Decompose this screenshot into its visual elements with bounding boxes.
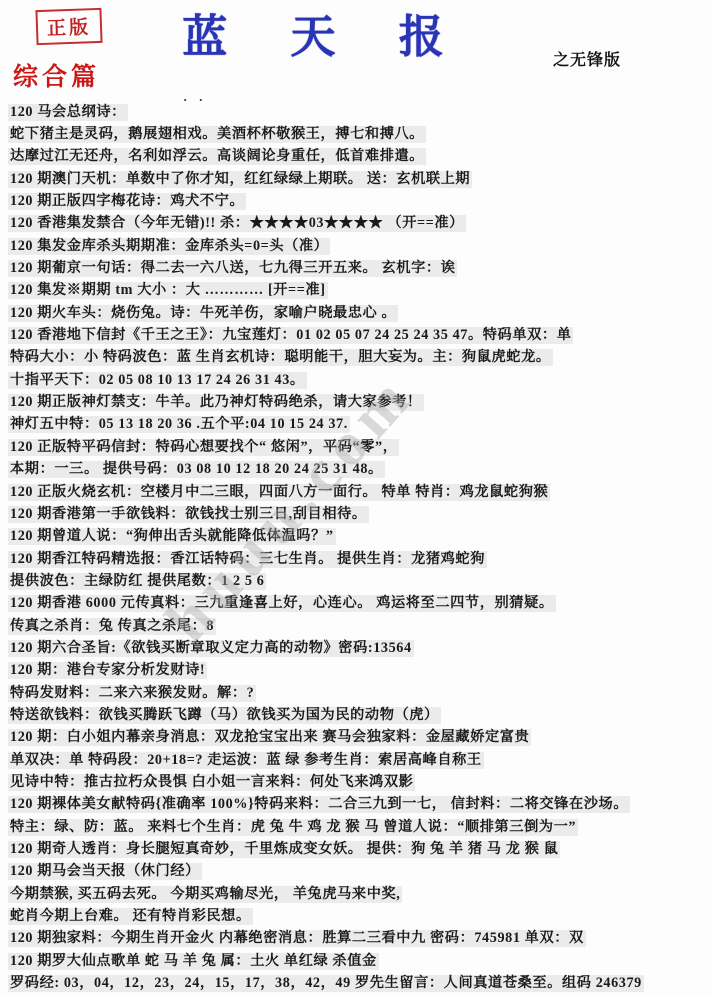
report-line-text: 120 期正版四字梅花诗：鸡犬不宁。 bbox=[8, 193, 246, 210]
report-line-text: 120 期奇人透肖：身长腿短真奇妙，千里炼成变女妖。 提供：狗 兔 羊 猪 马 … bbox=[8, 841, 560, 858]
report-line: 120 期澳门天机：单数中了你才知，红红绿绿上期联。 送：玄机联上期 bbox=[8, 168, 710, 190]
report-line-text: 120 期香港 6000 元传真料：三九重逢喜上好，心连心。 鸡运将至二四节，别… bbox=[8, 595, 556, 612]
edition-label: 之无锋版 bbox=[553, 47, 621, 70]
report-line-text: 120 正版特平码信封：特码心想要找个“ 悠闲”，平码“零”， bbox=[8, 439, 399, 456]
report-line: 本期：一三。 提供号码：03 08 10 12 18 20 24 25 31 4… bbox=[8, 459, 710, 481]
report-line: 120 期马会当天报（休门经） bbox=[8, 861, 710, 883]
report-line: 120 期正版神灯禁支：牛羊。此乃神灯特码绝杀，请大家参考！ bbox=[8, 391, 710, 413]
report-line: 特主：绿、防：蓝。 来料七个生肖：虎 兔 牛 鸡 龙 猴 马 曾道人说：“顺排第… bbox=[8, 816, 710, 838]
report-line-text: 十指平天下：02 05 08 10 13 17 24 26 31 43。 bbox=[8, 372, 307, 389]
report-line-text: 120 期正版神灯禁支：牛羊。此乃神灯特码绝杀，请大家参考！ bbox=[8, 394, 424, 411]
report-line: 特码发财料：二来六来猴发财。解：? bbox=[8, 682, 710, 704]
report-line: 120 期独家料：今期生肖开金火 内幕绝密消息：胜算二三看中九 密码：74598… bbox=[8, 928, 710, 950]
report-line-text: 120 期独家料：今期生肖开金火 内幕绝密消息：胜算二三看中九 密码：74598… bbox=[8, 930, 586, 947]
report-line-text: 120 集发金库杀头期期准：金库杀头=0=头（准） bbox=[8, 238, 330, 255]
report-line-text: 提供波色：主绿防红 提供尾数：1 2 5 6 bbox=[8, 573, 266, 590]
report-line-text: 特送欲钱料：欲钱买腾跃飞蹲（马）欲钱买为国为民的动物（虎） bbox=[8, 707, 441, 724]
report-line: 特码大小：小 特码波色：蓝 生肖玄机诗：聪明能干，胆大妄为。主：狗鼠虎蛇龙。 bbox=[8, 347, 710, 369]
report-line: 120 期奇人透肖：身长腿短真奇妙，千里炼成变女妖。 提供：狗 兔 羊 猪 马 … bbox=[8, 838, 710, 860]
report-line: 单双决：单 特码段：20+18=? 走运波：蓝 绿 参考生肖：索居高峰自称王 bbox=[8, 749, 710, 771]
report-line: 120 期葡京一句话：得二去一六八送，七九得三开五来。 玄机字：诶 bbox=[8, 257, 710, 279]
report-line-text: 特码发财料：二来六来猴发财。解：? bbox=[8, 685, 256, 702]
report-line: 120 马会总纲诗： bbox=[8, 101, 710, 123]
report-line-text: 120 香港地下信封《千王之王》：九宝莲灯：01 02 05 07 24 25 … bbox=[8, 327, 573, 344]
report-line-text: 120 期：港台专家分析发财诗! bbox=[8, 662, 207, 679]
report-line-text: 120 期曾道人说：“狗伸出舌头就能降低体温吗？” bbox=[8, 528, 336, 545]
report-line: 罗码经: 03，04，12，23，24，15，17，38，42，49 罗先生留言… bbox=[8, 972, 710, 994]
report-line-text: 120 香港集发禁合（今年无错)!! 杀：★★★★03★★★★ （开==准） bbox=[8, 215, 466, 232]
report-line-text: 120 期火车头：烧伤兔。诗：牛死羊伤，家喻户晓最忠心 。 bbox=[8, 305, 398, 322]
report-line-text: 120 期澳门天机：单数中了你才知，红红绿绿上期联。 送：玄机联上期 bbox=[8, 171, 472, 188]
report-line: 120 香港地下信封《千王之王》：九宝莲灯：01 02 05 07 24 25 … bbox=[8, 324, 710, 346]
report-line: 120 集发※期期 tm 大小 ：大 ………… [开==准] bbox=[8, 280, 710, 302]
report-line: 120 期六合圣旨:《欲钱买断章取义定力高的动物》密码:13564 bbox=[8, 637, 710, 659]
report-line: 120 期香江特码精选报：香江话特码：三七生肖。 提供生肖：龙猪鸡蛇狗 bbox=[8, 548, 710, 570]
report-line-text: 神灯五中特：05 13 18 20 36 .五个平:04 10 15 24 37… bbox=[8, 416, 350, 433]
report-line: 120 期：白小姐内幕亲身消息：双龙抢宝宝出来 赛马会独家料：金屋藏娇定富贵 bbox=[8, 727, 710, 749]
report-line-text: 120 期香江特码精选报：香江话特码：三七生肖。 提供生肖：龙猪鸡蛇狗 bbox=[8, 551, 487, 568]
report-line: 今期禁猴, 买五码去死。 今期买鸡输尽光， 羊兔虎马来中奖, bbox=[8, 883, 710, 905]
report-line: 蛇下猪主是灵码，鹅展翅相戏。美酒杯杯敬猴王，搏七和搏八。 bbox=[8, 123, 710, 145]
report-line-text: 本期：一三。 提供号码：03 08 10 12 18 20 24 25 31 4… bbox=[8, 461, 385, 478]
report-line: 神灯五中特：05 13 18 20 36 .五个平:04 10 15 24 37… bbox=[8, 414, 710, 436]
report-line: 120 集发金库杀头期期准：金库杀头=0=头（准） bbox=[8, 235, 710, 257]
report-body: 120 马会总纲诗：蛇下猪主是灵码，鹅展翅相戏。美酒杯杯敬猴王，搏七和搏八。达摩… bbox=[8, 101, 710, 995]
report-line-text: 120 期六合圣旨:《欲钱买断章取义定力高的动物》密码:13564 bbox=[8, 640, 414, 657]
report-line-text: 120 期罗大仙点歌单 蛇 马 羊 兔 属：土火 单红绿 杀值金 bbox=[8, 953, 379, 970]
report-line-text: 特码大小：小 特码波色：蓝 生肖玄机诗：聪明能干，胆大妄为。主：狗鼠虎蛇龙。 bbox=[8, 349, 553, 366]
report-line: 120 香港集发禁合（今年无错)!! 杀：★★★★03★★★★ （开==准） bbox=[8, 213, 710, 235]
report-line-text: 达摩过江无还舟，名利如浮云。高谈阔论身重任，低首难排遣。 bbox=[8, 148, 426, 165]
report-line-text: 120 正版火烧玄机：空楼月中二三眼，四面八方一面行。 特单 特肖：鸡龙鼠蛇狗猴 bbox=[8, 484, 550, 501]
report-line-text: 今期禁猴, 买五码去死。 今期买鸡输尽光， 羊兔虎马来中奖, bbox=[8, 886, 402, 903]
report-line: 120 期罗大仙点歌单 蛇 马 羊 兔 属：土火 单红绿 杀值金 bbox=[8, 950, 710, 972]
report-line: 120 期火车头：烧伤兔。诗：牛死羊伤，家喻户晓最忠心 。 bbox=[8, 302, 710, 324]
report-line-text: 120 期葡京一句话：得二去一六八送，七九得三开五来。 玄机字：诶 bbox=[8, 260, 457, 277]
report-line-text: 120 集发※期期 tm 大小 ：大 ………… [开==准] bbox=[8, 282, 328, 299]
report-line: 十指平天下：02 05 08 10 13 17 24 26 31 43。 bbox=[8, 369, 710, 391]
report-line-text: 罗码经: 03，04，12，23，24，15，17，38，42，49 罗先生留言… bbox=[8, 975, 644, 992]
report-line-text: 特主：绿、防：蓝。 来料七个生肖：虎 兔 牛 鸡 龙 猴 马 曾道人说：“顺排第… bbox=[8, 819, 578, 836]
report-line-text: 单双决：单 特码段：20+18=? 走运波：蓝 绿 参考生肖：索居高峰自称王 bbox=[8, 752, 484, 769]
report-line: 蛇肖今期上台难。 还有特肖彩民想。 bbox=[8, 905, 710, 927]
report-line: 达摩过江无还舟，名利如浮云。高谈阔论身重任，低首难排遣。 bbox=[8, 146, 710, 168]
report-line-text: 传真之杀肖：兔 传真之杀尾：8 bbox=[8, 618, 216, 635]
report-line-text: 120 期裸体美女献特码{准确率 100%}特码来料：二合三九到一七， 信封料：… bbox=[8, 796, 630, 813]
report-line-text: 120 期香港第一手欲钱料：欲钱找士别三日,刮目相待。 bbox=[8, 506, 369, 523]
report-line: 120 期香港 6000 元传真料：三九重逢喜上好，心连心。 鸡运将至二四节，别… bbox=[8, 593, 710, 615]
report-line-text: 见诗中特：推古拉朽众畏惧 白小姐一言来料：何处飞来鸿双影 bbox=[8, 774, 415, 791]
report-line-text: 蛇下猪主是灵码，鹅展翅相戏。美酒杯杯敬猴王，搏七和搏八。 bbox=[8, 126, 426, 143]
report-line: 传真之杀肖：兔 传真之杀尾：8 bbox=[8, 615, 710, 637]
report-line-text: 蛇肖今期上台难。 还有特肖彩民想。 bbox=[8, 908, 253, 925]
report-line: 120 正版特平码信封：特码心想要找个“ 悠闲”，平码“零”， bbox=[8, 436, 710, 458]
report-line: 120 期正版四字梅花诗：鸡犬不宁。 bbox=[8, 190, 710, 212]
section-heading: 综合篇 bbox=[13, 57, 100, 93]
report-line-text: 120 马会总纲诗： bbox=[8, 104, 128, 121]
report-line-text: 120 期马会当天报（休门经） bbox=[8, 863, 202, 880]
report-line: 见诗中特：推古拉朽众畏惧 白小姐一言来料：何处飞来鸿双影 bbox=[8, 771, 710, 793]
newspaper-page: 正版 蓝 天 报 之无锋版 综合篇 · · 120 马会总纲诗：蛇下猪主是灵码，… bbox=[0, 0, 712, 997]
report-line: 特送欲钱料：欲钱买腾跃飞蹲（马）欲钱买为国为民的动物（虎） bbox=[8, 704, 710, 726]
report-line: 120 期曾道人说：“狗伸出舌头就能降低体温吗？” bbox=[8, 526, 710, 548]
report-line: 120 期裸体美女献特码{准确率 100%}特码来料：二合三九到一七， 信封料：… bbox=[8, 794, 710, 816]
report-line: 120 期：港台专家分析发财诗! bbox=[8, 660, 710, 682]
report-line: 提供波色：主绿防红 提供尾数：1 2 5 6 bbox=[8, 570, 710, 592]
report-line-text: 120 期：白小姐内幕亲身消息：双龙抢宝宝出来 赛马会独家料：金屋藏娇定富贵 bbox=[8, 729, 531, 746]
report-line: 120 期香港第一手欲钱料：欲钱找士别三日,刮目相待。 bbox=[8, 503, 710, 525]
report-line: 120 正版火烧玄机：空楼月中二三眼，四面八方一面行。 特单 特肖：鸡龙鼠蛇狗猴 bbox=[8, 481, 710, 503]
